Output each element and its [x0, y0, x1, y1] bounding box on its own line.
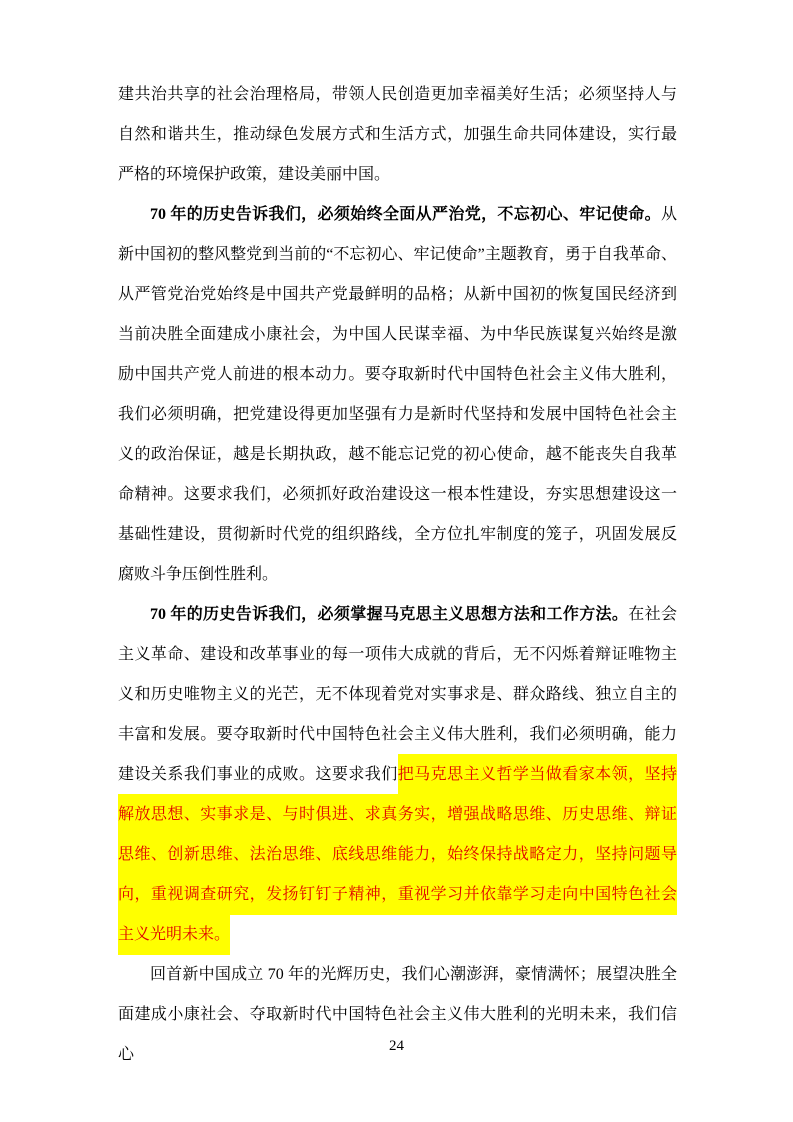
bold-text-run: 70 年的历史告诉我们，必须始终全面从严治党，不忘初心、牢记使命。: [150, 206, 661, 223]
text-run: 建共治共享的社会治理格局，带领人民创造更加幸福美好生活；必须坚持人与自然和谐共生…: [118, 86, 677, 183]
text-run: 从新中国初的整风整党到当前的“不忘初心、牢记使命”主题教育，勇于自我革命、从严管…: [118, 206, 677, 583]
document-page: 建共治共享的社会治理格局，带领人民创造更加幸福美好生活；必须坚持人与自然和谐共生…: [0, 0, 793, 1122]
paragraph: 建共治共享的社会治理格局，带领人民创造更加幸福美好生活；必须坚持人与自然和谐共生…: [118, 75, 677, 195]
highlighted-text: 把马克思主义哲学当做看家本领，坚持解放思想、实事求是、与时俱进、求真务实，增强战…: [118, 754, 677, 955]
paragraph: 70 年的历史告诉我们，必须始终全面从严治党，不忘初心、牢记使命。从新中国初的整…: [118, 195, 677, 595]
document-body: 建共治共享的社会治理格局，带领人民创造更加幸福美好生活；必须坚持人与自然和谐共生…: [118, 75, 677, 1075]
paragraph: 70 年的历史告诉我们，必须掌握马克思主义思想方法和工作方法。在社会主义革命、建…: [118, 595, 677, 955]
page-number: 24: [0, 1036, 793, 1056]
bold-text-run: 70 年的历史告诉我们，必须掌握马克思主义思想方法和工作方法。: [150, 606, 628, 623]
paragraph: 回首新中国成立 70 年的光辉历史，我们心潮澎湃，豪情满怀；展望决胜全面建成小康…: [118, 955, 677, 1075]
